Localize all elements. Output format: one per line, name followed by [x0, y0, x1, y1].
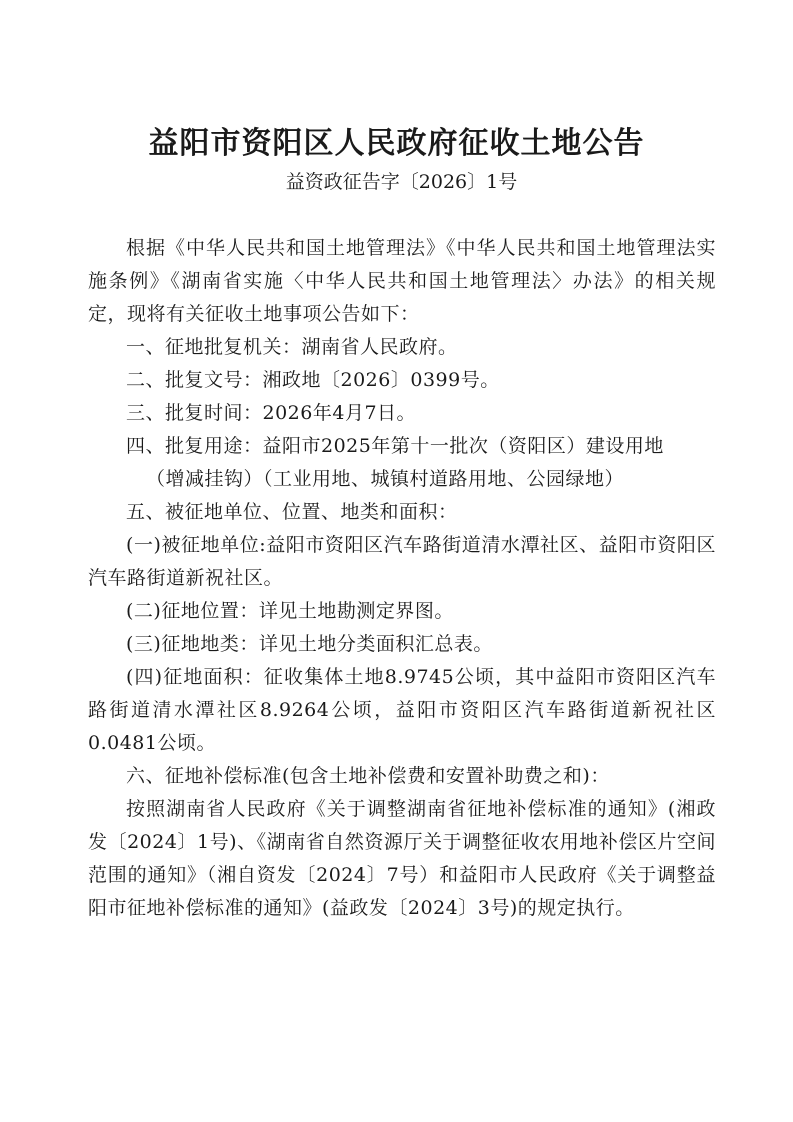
intro-paragraph: 根据《中华人民共和国土地管理法》《中华人民共和国土地管理法实施条例》《湖南省实施… [88, 232, 716, 331]
item-approval-number: 二、批复文号：湘政地〔2026〕0399号。 [88, 364, 716, 397]
item-approval-purpose-cont: （增减挂钩）（工业用地、城镇村道路用地、公园绿地） [88, 463, 716, 496]
document-number: 益资政征告字〔2026〕1号 [0, 167, 793, 194]
item-approval-authority: 一、征地批复机关：湖南省人民政府。 [88, 331, 716, 364]
item-approval-date: 三、批复时间：2026年4月7日。 [88, 397, 716, 430]
item-approval-purpose: 四、批复用途：益阳市2025年第十一批次（资阳区）建设用地 [88, 430, 716, 463]
item-compensation-text: 按照湖南省人民政府《关于调整湖南省征地补偿标准的通知》(湘政发〔2024〕1号)… [88, 793, 716, 925]
announcement-title: 益阳市资阳区人民政府征收土地公告 [0, 118, 793, 162]
item-compensation-heading: 六、征地补偿标准(包含土地补偿费和安置补助费之和)： [88, 760, 716, 793]
announcement-body: 根据《中华人民共和国土地管理法》《中华人民共和国土地管理法实施条例》《湖南省实施… [88, 232, 716, 925]
item-land-area: (四)征地面积：征收集体土地8.9745公顷，其中益阳市资阳区汽车路街道清水潭社… [88, 661, 716, 760]
item-land-info-heading: 五、被征地单位、位置、地类和面积： [88, 496, 716, 529]
item-land-type: (三)征地地类：详见土地分类面积汇总表。 [88, 628, 716, 661]
item-location: (二)征地位置：详见土地勘测定界图。 [88, 595, 716, 628]
item-expropriated-units: (一)被征地单位:益阳市资阳区汽车路街道清水潭社区、益阳市资阳区汽车路街道新祝社… [88, 529, 716, 595]
